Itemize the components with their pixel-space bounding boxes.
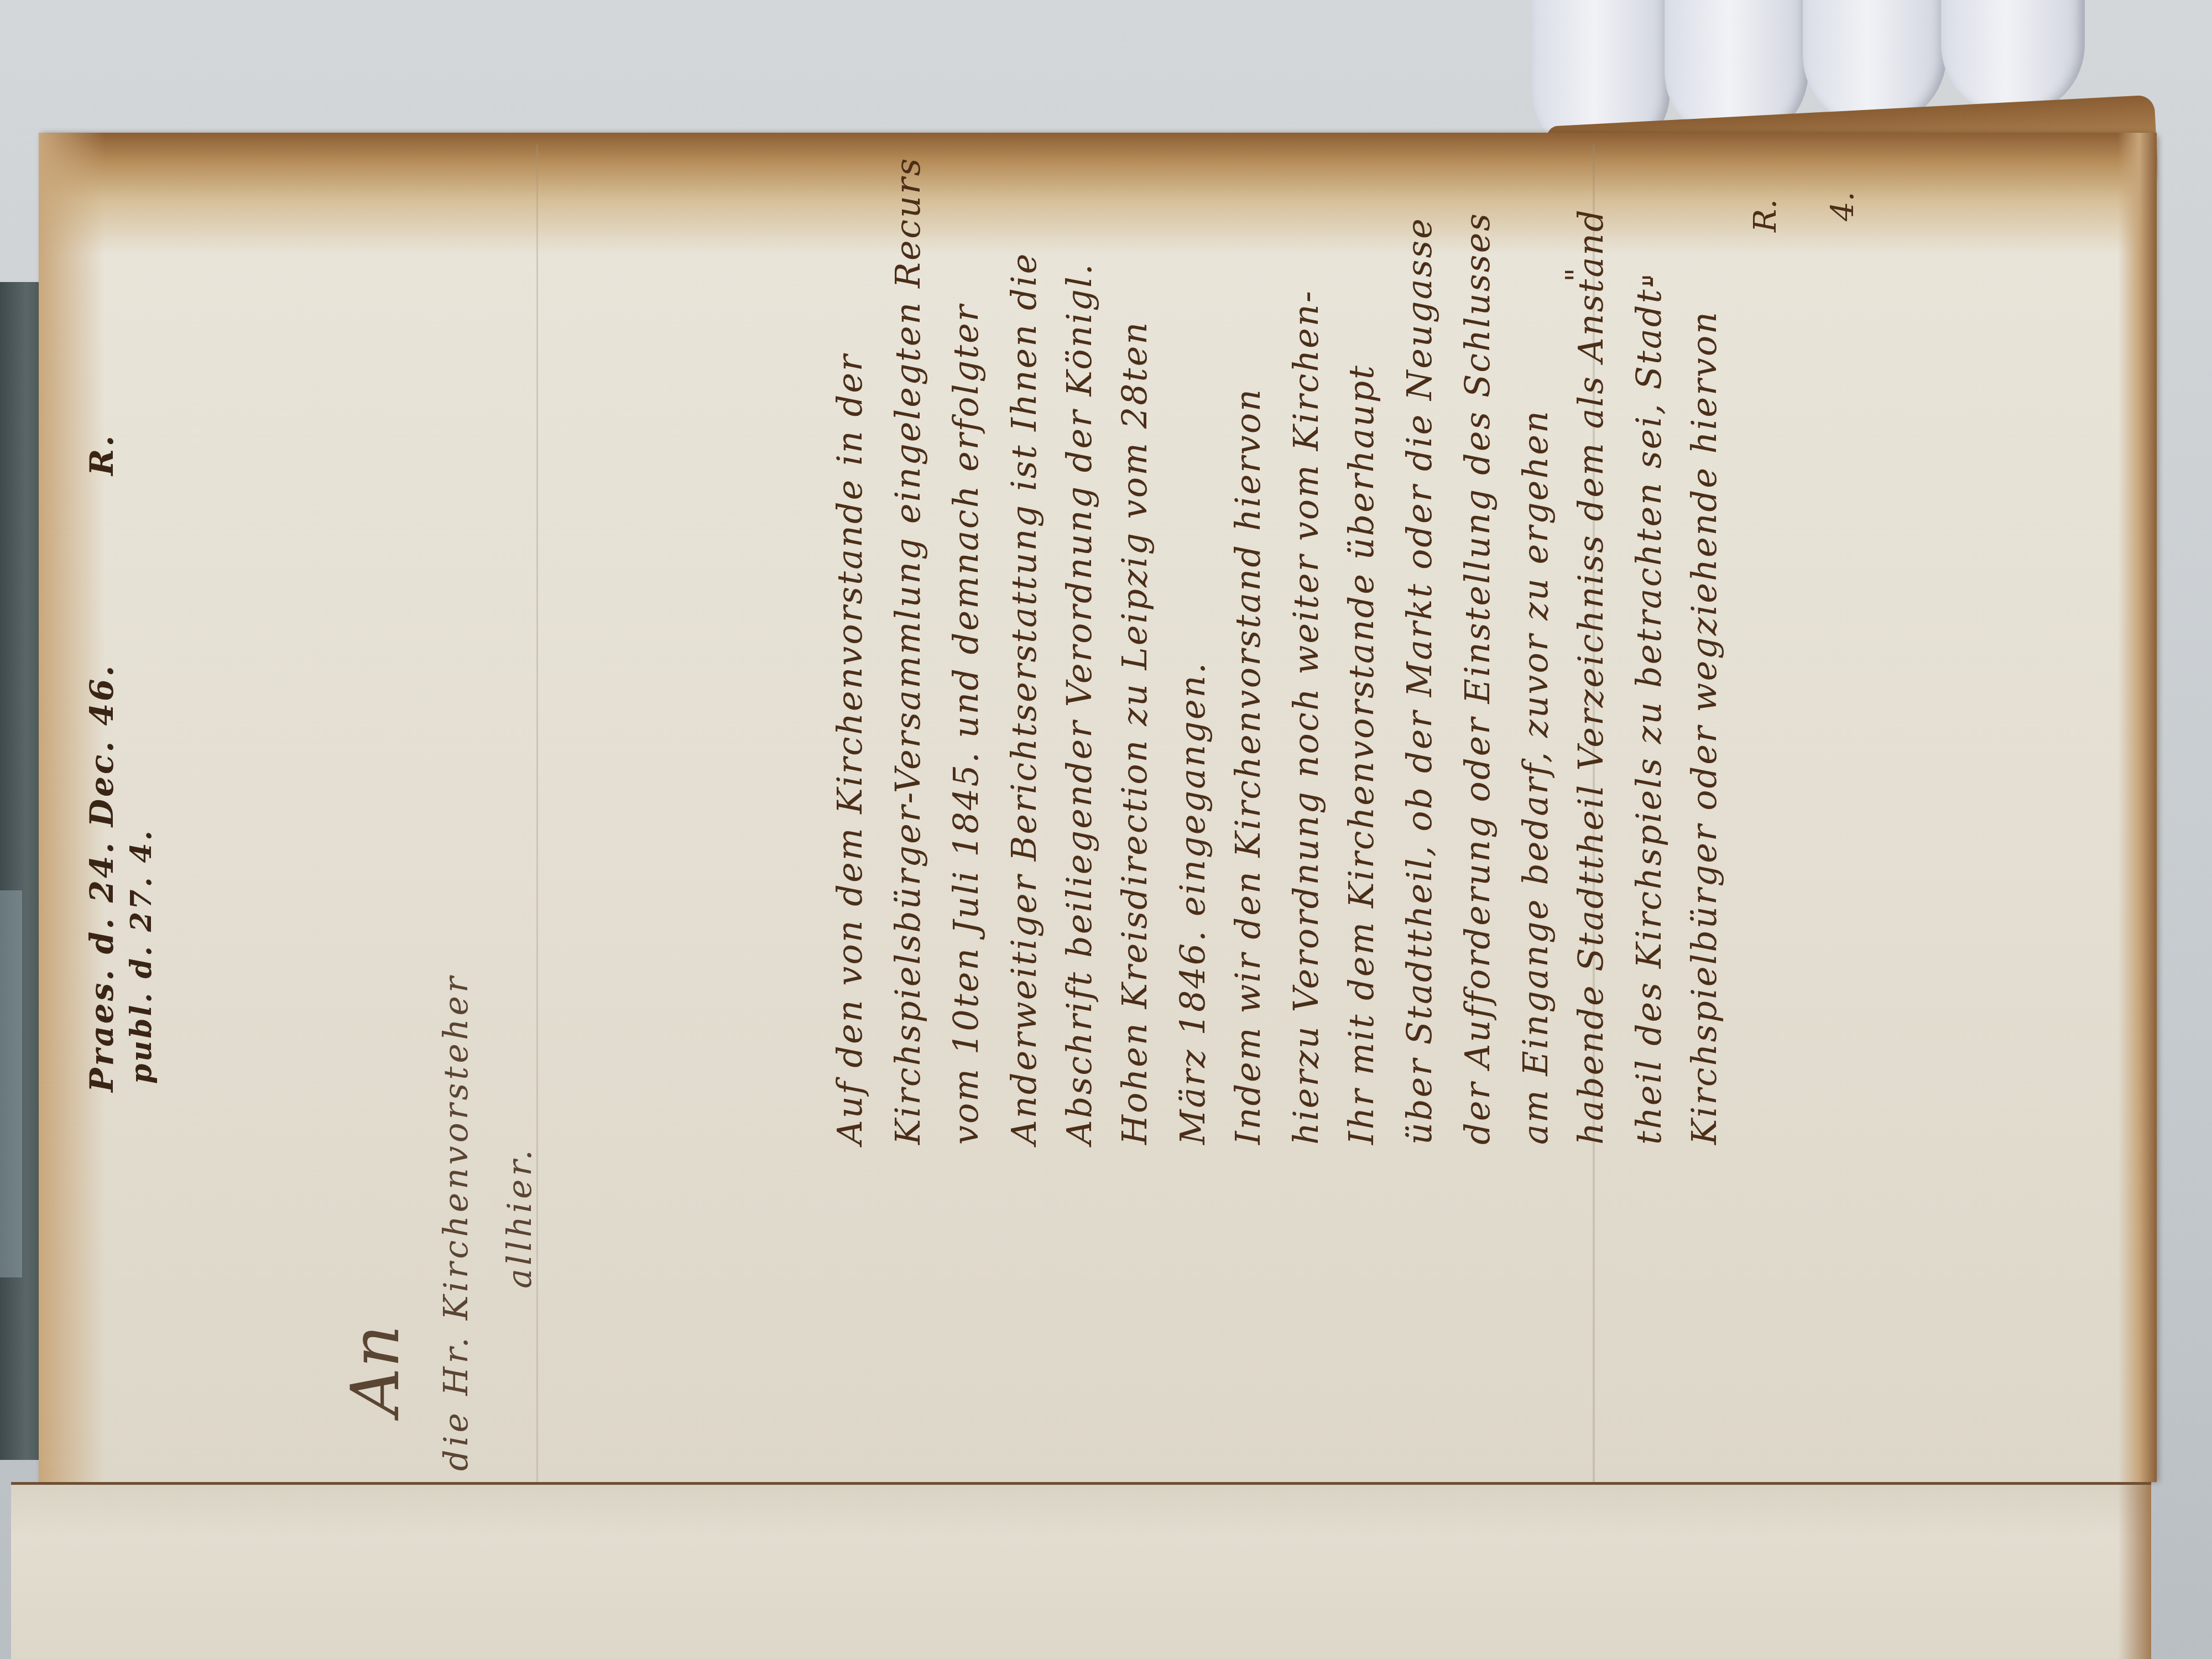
body-line: am Eingange bedarf, zuvor zu ergehen	[1515, 409, 1556, 1145]
registry-annotation-mark: R.	[83, 434, 121, 476]
page-right-edge	[2118, 133, 2157, 1482]
body-line: Indem wir den Kirchenvorstand hiervon	[1228, 388, 1268, 1145]
right-margin-mark: "	[1637, 273, 1673, 288]
right-margin-mark: "	[1559, 268, 1595, 282]
glove-finger	[1941, 0, 2085, 116]
binding-highlight	[0, 890, 22, 1277]
body-line: Kirchspielsbürger-Versammlung eingelegte…	[888, 157, 928, 1145]
upper-leaf-mark: 4.	[1825, 192, 1861, 221]
body-line: der Aufforderung oder Einstellung des Sc…	[1457, 212, 1498, 1145]
lower-page-edge	[2118, 1485, 2151, 1659]
body-line: theil des Kirchspiels zu betrachten sei,…	[1629, 275, 1669, 1145]
registry-annotation-line2: publ. d. 27. 4.	[124, 828, 158, 1084]
body-line: Anderweitiger Berichtserstattung ist Ihn…	[1004, 252, 1044, 1145]
address-line1: die Hr. Kirchenvorsteher	[437, 973, 476, 1471]
body-line: März 1846. eingegangen.	[1172, 661, 1213, 1145]
body-line: Hohen Kreisdirection zu Leipzig vom 28te…	[1114, 321, 1155, 1145]
body-line: hierzu Verordnung noch weiter vom Kirche…	[1286, 289, 1326, 1145]
upper-leaf-mark: R.	[1747, 199, 1783, 232]
body-line: Kirchspielbürger oder wegziehende hiervo…	[1684, 310, 1724, 1145]
body-line: Ihr mit dem Kirchenvorstande überhaupt	[1341, 364, 1381, 1145]
body-line: Auf den von dem Kirchenvorstande in der	[830, 353, 870, 1145]
body-line: Abschrift beiliegender Verordnung der Kö…	[1059, 262, 1099, 1145]
address-line2: allhier.	[500, 1146, 539, 1288]
body-line: über Stadttheil, ob der Markt oder die N…	[1399, 217, 1439, 1145]
body-line: vom 10ten Juli 1845. und demnach erfolgt…	[946, 304, 986, 1145]
address-salutation: An	[337, 1325, 414, 1416]
body-line: habende Stadttheil Verzeichniss dem als …	[1571, 208, 1611, 1145]
lower-page	[11, 1482, 2151, 1659]
registry-annotation-line1: Praes. d. 24. Dec. 46.	[83, 663, 121, 1092]
